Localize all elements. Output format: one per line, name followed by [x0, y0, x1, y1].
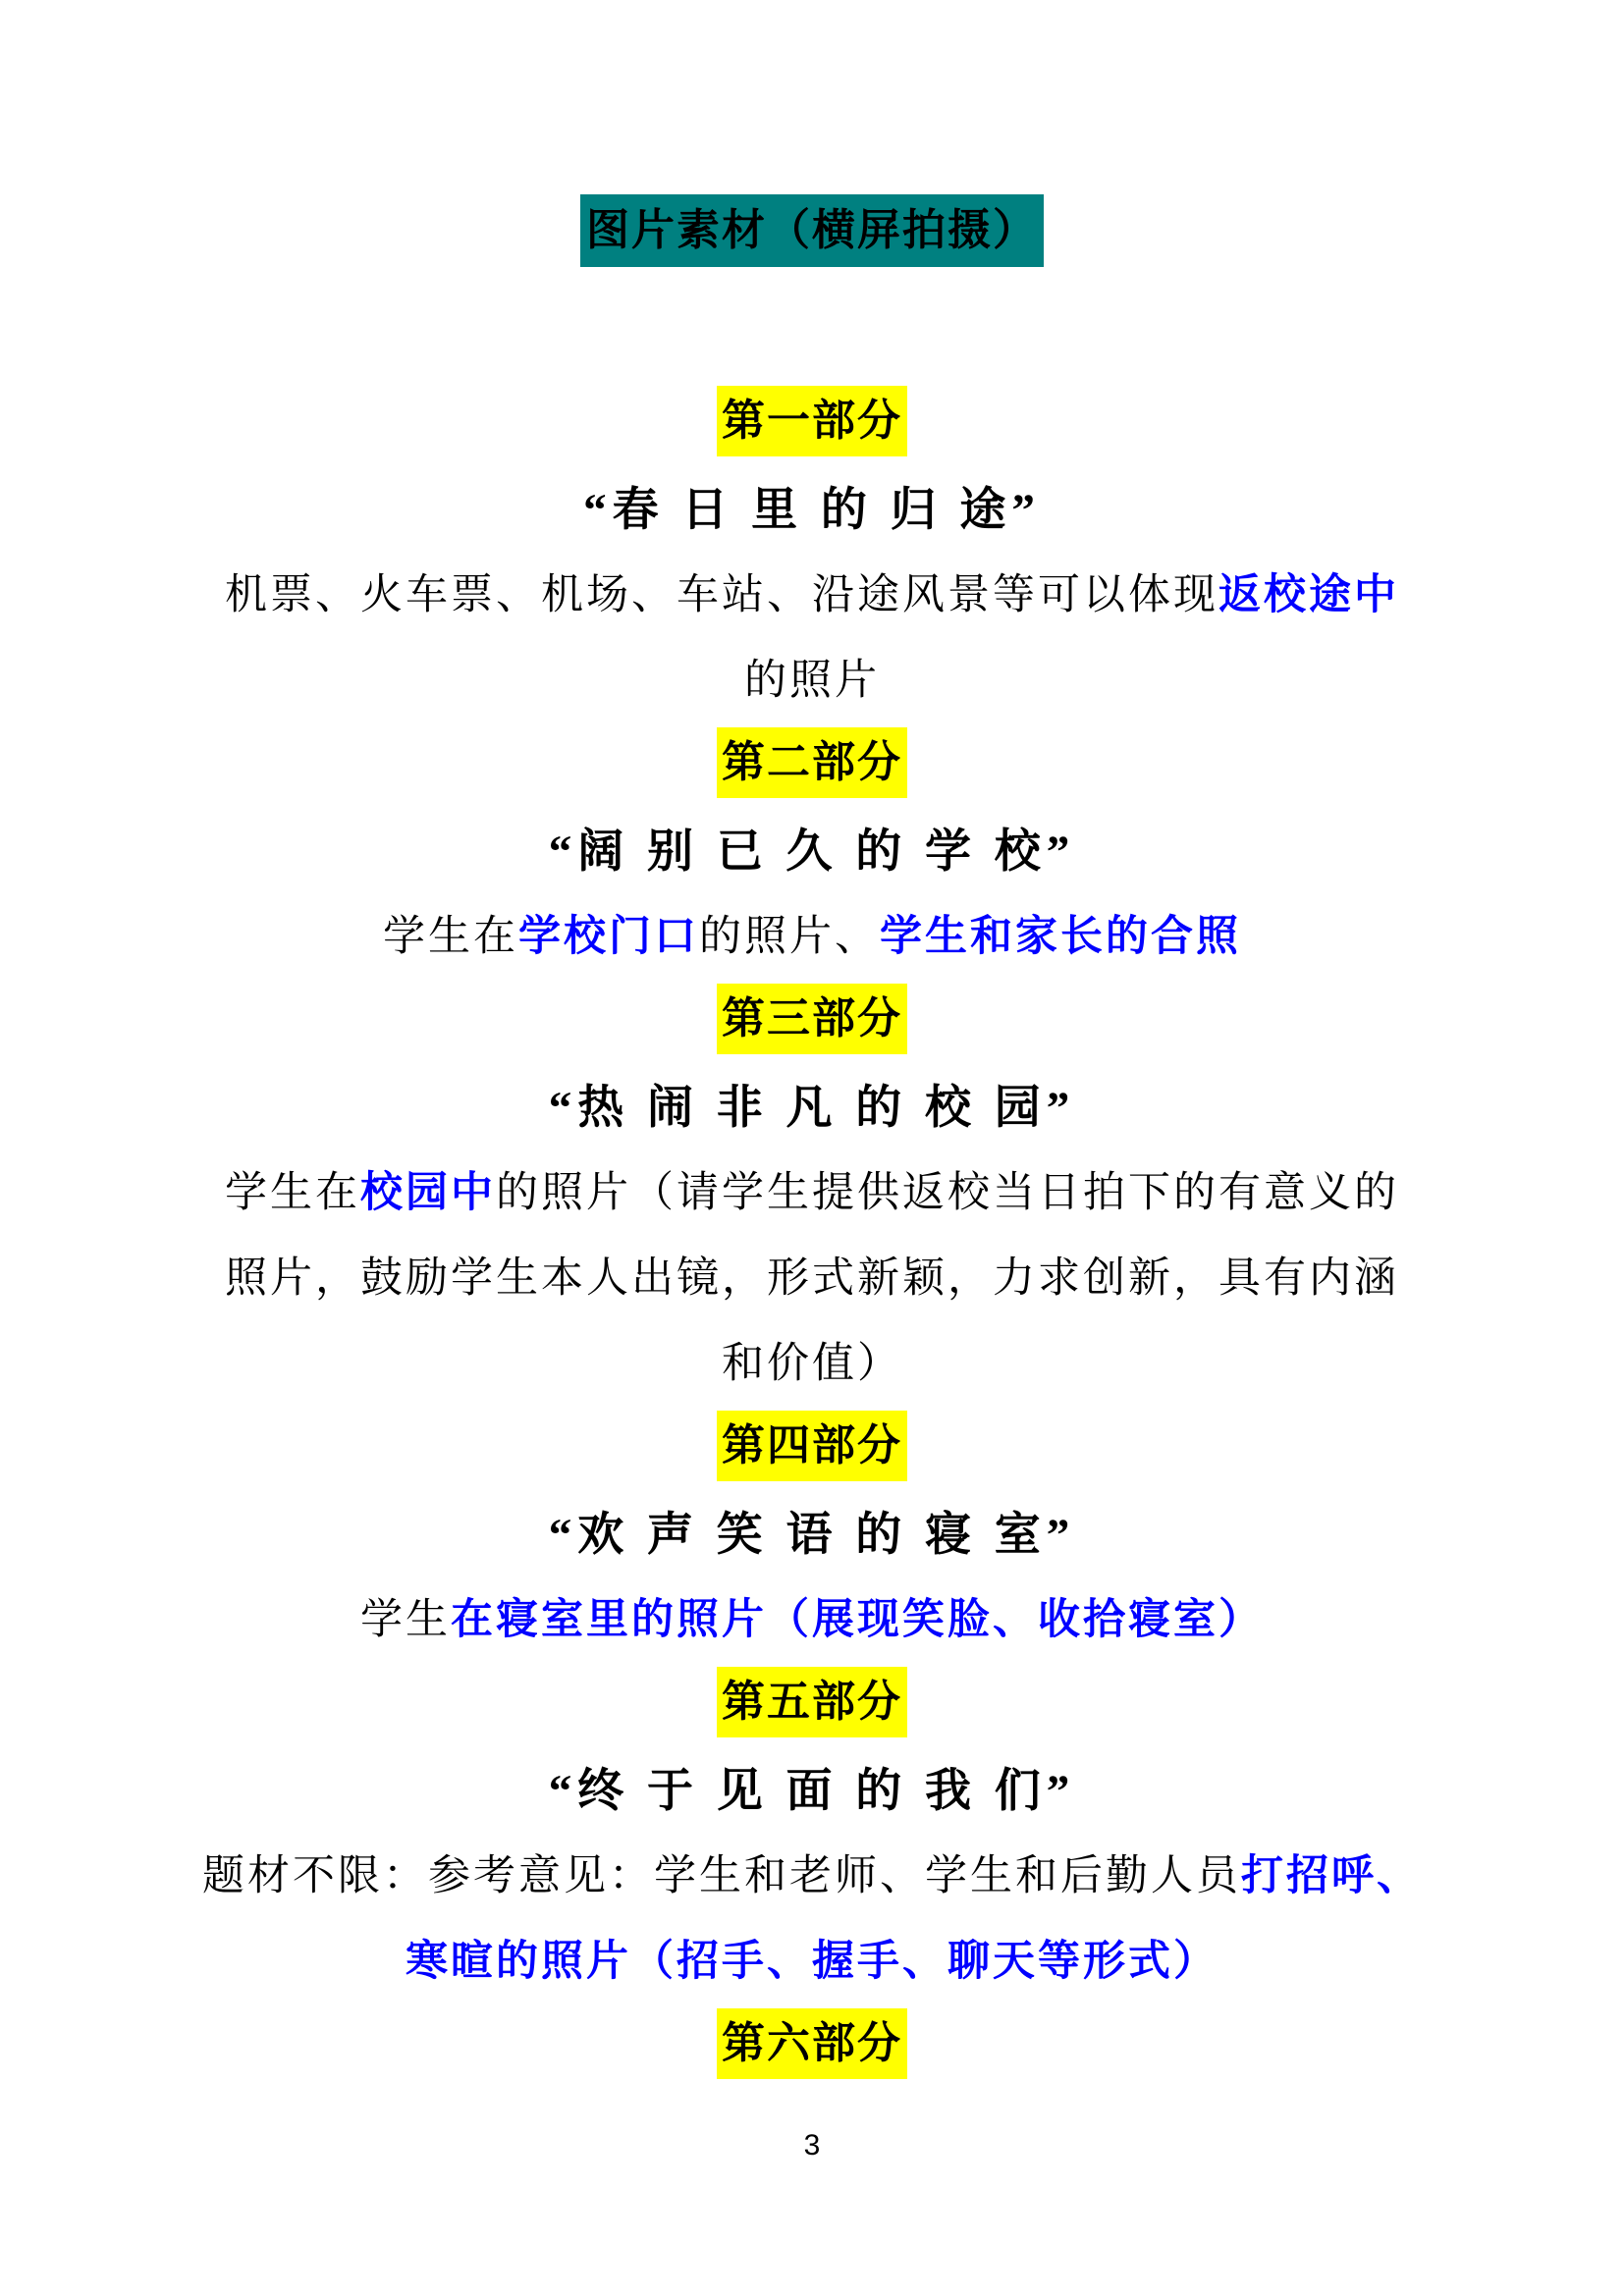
section-4-label-row: 第四部分: [0, 1403, 1624, 1488]
section-6-label: 第六部分: [717, 2008, 907, 2079]
text-run: 学生在: [225, 1159, 360, 1219]
document-page: 图片素材（横屏拍摄） 第一部分 “春 日 里 的 归 途” 机票、火车票、机场、…: [0, 0, 1624, 2296]
section-3-body-line-2: 照片，鼓励学生本人出镜，形式新颖，力求创新，具有内涵: [0, 1232, 1624, 1317]
section-4-label: 第四部分: [717, 1411, 907, 1481]
accent-run: 学校门口: [518, 903, 699, 963]
section-2-label: 第二部分: [717, 727, 907, 798]
section-3-body-line-1: 学生在校园中的照片（请学生提供返校当日拍下的有意义的: [0, 1147, 1624, 1232]
accent-run: 寒暄的照片（招手、握手、聊天等形式）: [406, 1928, 1218, 1988]
section-3-quote-text: “热 闹 非 凡 的 校 园”: [549, 1071, 1076, 1137]
section-4-body-line-1: 学生在寝室里的照片（展现笑脸、收拾寝室）: [0, 1574, 1624, 1659]
section-2-body-line-1: 学生在学校门口的照片、学生和家长的合照: [0, 890, 1624, 976]
section-2-quote-text: “阔 别 已 久 的 学 校”: [549, 815, 1076, 881]
section-5-body-line-2: 寒暄的照片（招手、握手、聊天等形式）: [0, 1915, 1624, 2001]
text-run: 的照片、: [699, 903, 880, 963]
accent-run: 打招呼、: [1241, 1842, 1422, 1902]
text-run: 的照片（请学生提供返校当日拍下的有意义的: [496, 1159, 1399, 1219]
text-run: 和价值）: [722, 1330, 902, 1390]
section-1-label: 第一部分: [717, 386, 907, 456]
text-run: 题材不限：参考意见：学生和老师、学生和后勤人员: [202, 1842, 1241, 1902]
text-run: 学生: [360, 1586, 451, 1646]
accent-run: 在寝室里的照片（展现笑脸、收拾寝室）: [451, 1586, 1264, 1646]
page-number: 3: [0, 2129, 1624, 2163]
section-3-body-line-3: 和价值）: [0, 1317, 1624, 1403]
section-5-label: 第五部分: [717, 1667, 907, 1737]
accent-run: 返校途中: [1218, 561, 1399, 621]
section-2-quote: “阔 别 已 久 的 学 校”: [0, 805, 1624, 890]
section-3-label-row: 第三部分: [0, 976, 1624, 1061]
section-5-quote: “终 于 见 面 的 我 们”: [0, 1744, 1624, 1830]
text-run: 机票、火车票、机场、车站、沿途风景等可以体现: [225, 561, 1218, 621]
doc-title-row: 图片素材（横屏拍摄）: [0, 0, 1624, 267]
section-5-quote-text: “终 于 见 面 的 我 们”: [549, 1754, 1076, 1820]
section-5-body-line-1: 题材不限：参考意见：学生和老师、学生和后勤人员打招呼、: [0, 1830, 1624, 1915]
section-1-quote: “春 日 里 的 归 途”: [0, 463, 1624, 549]
section-4-quote-text: “欢 声 笑 语 的 寝 室”: [549, 1498, 1076, 1564]
section-1-body-line-1: 机票、火车票、机场、车站、沿途风景等可以体现返校途中: [0, 549, 1624, 634]
section-1-label-row: 第一部分: [0, 378, 1624, 463]
section-3-quote: “热 闹 非 凡 的 校 园”: [0, 1061, 1624, 1147]
text-run: 学生在: [383, 903, 518, 963]
section-1-quote-text: “春 日 里 的 归 途”: [583, 473, 1041, 539]
doc-title: 图片素材（横屏拍摄）: [580, 194, 1044, 267]
section-4-quote: “欢 声 笑 语 的 寝 室”: [0, 1488, 1624, 1574]
text-run: 的照片: [744, 647, 880, 707]
accent-run: 学生和家长的合照: [880, 903, 1241, 963]
section-3-label: 第三部分: [717, 984, 907, 1054]
section-5-label-row: 第五部分: [0, 1659, 1624, 1744]
accent-run: 校园中: [360, 1159, 496, 1219]
section-1-body-line-2: 的照片: [0, 634, 1624, 720]
section-2-label-row: 第二部分: [0, 720, 1624, 805]
section-6-label-row: 第六部分: [0, 2001, 1624, 2086]
document-body: 第一部分 “春 日 里 的 归 途” 机票、火车票、机场、车站、沿途风景等可以体…: [0, 378, 1624, 2086]
text-run: 照片，鼓励学生本人出镜，形式新颖，力求创新，具有内涵: [225, 1245, 1399, 1305]
